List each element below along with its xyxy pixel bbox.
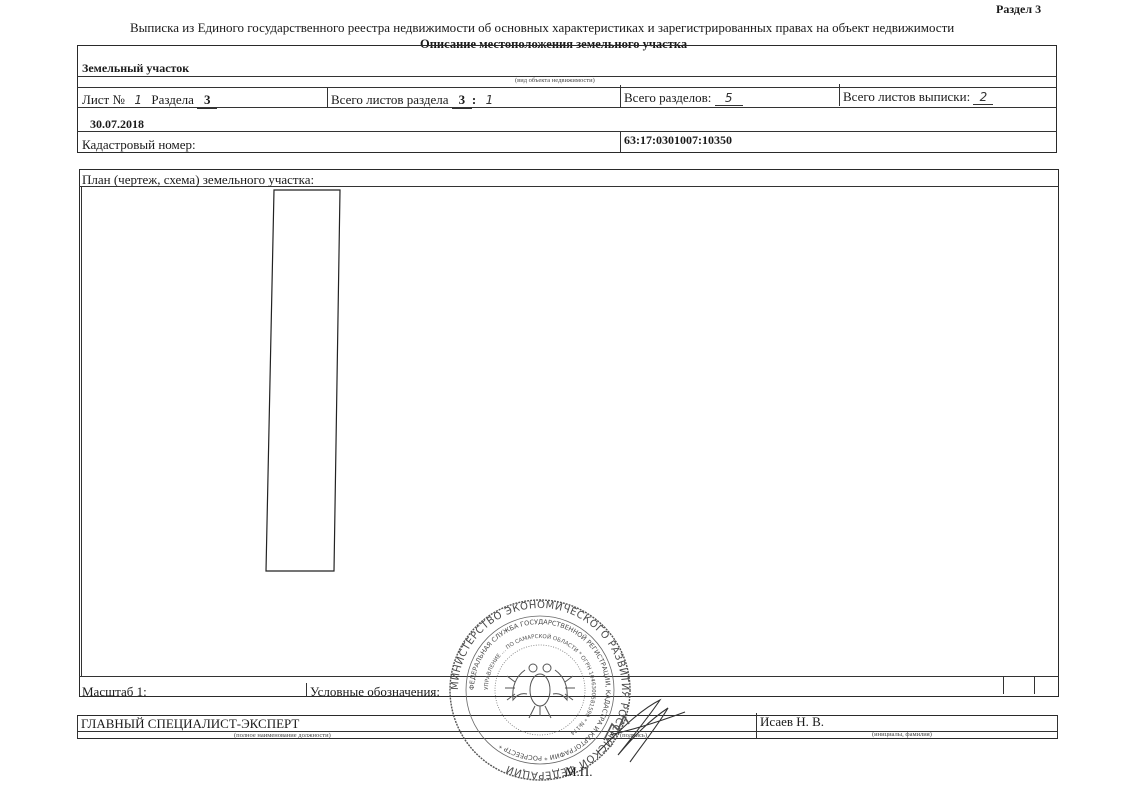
divider (327, 87, 328, 107)
legend-label: Условные обозначения: (310, 684, 440, 700)
object-type: Земельный участок (82, 61, 189, 76)
separator: : (472, 92, 476, 107)
parcel-outline (262, 186, 346, 578)
document-title: Выписка из Единого государственного реес… (130, 20, 1010, 36)
total-sections-field: Всего разделов: 5 (624, 90, 743, 106)
total-sections-label: Всего разделов: (624, 90, 711, 105)
extract-date: 30.07.2018 (90, 117, 144, 132)
seal-place-label: М.П. (565, 764, 592, 780)
divider (1034, 676, 1035, 694)
divider (620, 131, 621, 153)
divider (81, 186, 82, 676)
divider (839, 84, 840, 106)
handwritten-signature (590, 690, 700, 770)
eagle-emblem-icon (505, 664, 575, 718)
object-type-caption: (вид объекта недвижимости) (515, 77, 595, 84)
total-section-sheets-label: Всего листов раздела (331, 92, 449, 107)
signer-name: Исаев Н. В. (760, 714, 824, 730)
divider (77, 107, 1057, 108)
scale-label: Масштаб 1: (82, 684, 147, 700)
divider (1003, 676, 1004, 694)
section-word: Раздела (151, 92, 194, 107)
total-sections-value: 5 (715, 91, 743, 106)
total-extract-sheets-field: Всего листов выписки: 2 (843, 89, 993, 105)
section-label: Раздел 3 (996, 2, 1041, 17)
total-section-sheets-value: 1 (479, 93, 499, 108)
stamp-inner-text: УПРАВЛЕНИЕ ... ПО САМАРСКОЙ ОБЛАСТИ * ОГ… (484, 633, 596, 736)
cadastral-number-value: 63:17:0301007:10350 (624, 133, 732, 148)
cadastral-number-label: Кадастровый номер: (82, 137, 196, 153)
divider (77, 87, 1057, 88)
sheet-number-value: 1 (128, 93, 148, 108)
sheet-label: Лист № (82, 92, 125, 107)
divider (79, 186, 1059, 187)
divider (756, 713, 757, 739)
svg-text:УПРАВЛЕНИЕ ... ПО САМАРСКОЙ ОБ: УПРАВЛЕНИЕ ... ПО САМАРСКОЙ ОБЛАСТИ * ОГ… (484, 633, 596, 736)
total-extract-sheets-value: 2 (973, 90, 993, 105)
position-caption: (полное наименование должности) (234, 732, 331, 739)
position-title: ГЛАВНЫЙ СПЕЦИАЛИСТ-ЭКСПЕРТ (81, 716, 299, 732)
divider (306, 683, 307, 697)
divider (77, 131, 1057, 132)
total-extract-sheets-label: Всего листов выписки: (843, 89, 970, 104)
divider (620, 85, 621, 107)
signer-name-caption: (инициалы, фамилия) (872, 731, 932, 738)
